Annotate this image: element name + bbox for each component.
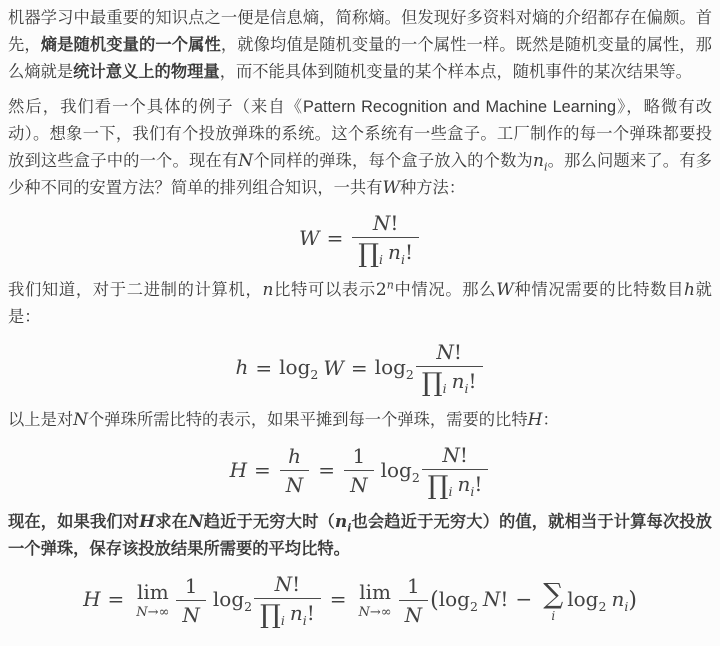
var-W: W: [323, 356, 344, 380]
product-operator: ∏: [358, 239, 379, 269]
paragraph-1: 机器学习中最重要的知识点之一便是信息熵，简称熵。但发现好多资料对熵的介绍都存在偏…: [8, 5, 712, 86]
log-base-2: 2: [310, 368, 318, 383]
index-i: i: [379, 252, 383, 267]
fraction-1-over-N: 1N: [176, 575, 206, 627]
factorial-sign: !: [468, 369, 476, 393]
equals-sign: =: [318, 458, 335, 482]
fraction-denominator: ∏ini!: [422, 469, 489, 499]
bold-term-statistical-quantity: 统计意义上的物理量: [73, 63, 220, 81]
log-base-2: 2: [412, 470, 420, 485]
formula-h: h=log2W=log2N!∏ini!: [0, 341, 720, 396]
fraction-denominator: ∏ini!: [352, 237, 419, 267]
equals-sign: =: [351, 356, 368, 380]
var-n: n: [452, 369, 465, 393]
text-run: 中情况。那么: [394, 281, 496, 299]
var-H: H: [230, 458, 247, 482]
var-N: N: [405, 603, 423, 627]
var-n: n: [533, 151, 544, 171]
factorial-sign: !: [460, 443, 468, 467]
factorial-sign: !: [405, 240, 413, 264]
log-base-2: 2: [406, 368, 414, 383]
equals-sign: =: [108, 587, 125, 611]
fraction-numerator: N!: [367, 212, 405, 237]
fraction-denominator: ∏ini!: [254, 598, 321, 628]
inline-math-W: W: [496, 280, 513, 300]
var-n: n: [611, 587, 624, 611]
limit-operator: limN→∞: [136, 582, 169, 619]
log-operator: log: [375, 356, 406, 380]
index-i: i: [443, 381, 447, 396]
base-2: 2: [376, 280, 387, 300]
number-1: 1: [407, 574, 420, 598]
text-run: 我们知道，对于二进制的计算机，: [8, 281, 262, 299]
limit-operator: limN→∞: [359, 582, 392, 619]
text-run: 种情况需要的比特数目: [514, 281, 684, 299]
sum-index-i: i: [551, 610, 555, 622]
equals-sign: =: [330, 587, 347, 611]
fraction-numerator: N!: [269, 573, 307, 598]
var-W: W: [299, 226, 320, 250]
var-N: N: [373, 211, 391, 235]
equals-sign: =: [255, 356, 272, 380]
product-operator: ∏: [260, 600, 281, 630]
lim-subscript: N→∞: [359, 606, 392, 619]
lim-word: lim: [359, 582, 391, 602]
factorial-sign: !: [474, 472, 482, 496]
text-run: 求在: [155, 513, 188, 531]
formula-H: H=hN=1Nlog2N!∏ini!: [0, 444, 720, 499]
text-run: 现在，如果我们对: [8, 513, 139, 531]
formula-H-limit: H=limN→∞1Nlog2N!∏ini!=limN→∞1N(log2N!−∑i…: [0, 573, 720, 628]
var-n: n: [388, 240, 401, 264]
factorial-sign: !: [292, 572, 300, 596]
inline-math-W: W: [382, 178, 399, 198]
right-paren: ): [628, 588, 637, 613]
minus-sign: −: [515, 587, 532, 611]
number-1: 1: [352, 444, 365, 468]
fraction: N!∏ini!: [352, 212, 419, 267]
fraction-denominator: N: [280, 470, 310, 497]
fraction-numerator: 1: [179, 575, 204, 600]
text-run: 比特可以表示: [273, 281, 375, 299]
inline-math-n-i: ni: [335, 512, 352, 532]
var-h: h: [235, 356, 248, 380]
log-base-2: 2: [470, 599, 478, 614]
fraction-denominator: N: [399, 600, 429, 627]
log-operator: log: [213, 587, 244, 611]
fraction-1-over-N: 1N: [399, 575, 429, 627]
inline-math-N: N: [238, 151, 253, 171]
text-run: 以上是对: [8, 411, 73, 429]
var-N: N: [442, 443, 460, 467]
bold-term-entropy-property: 熵是随机变量的一个属性: [41, 36, 221, 54]
left-paren: (: [430, 588, 439, 613]
paragraph-2: 然后，我们看一个具体的例子（来自《Pattern Recognition and…: [8, 94, 712, 202]
sum-operator: ∑i: [543, 580, 563, 622]
fraction-numerator: 1: [346, 445, 371, 470]
paragraph-4: 以上是对N个弹珠所需比特的表示，如果平摊到每一个弹珠，需要的比特H：: [8, 407, 712, 434]
fraction: N!∏ini!: [422, 444, 489, 499]
text-run: 个同样的弹珠，每个盒子放入的个数为: [253, 152, 533, 170]
text-run: 个弹珠所需比特的表示，如果平摊到每一个弹珠，需要的比特: [88, 411, 528, 429]
var-n: n: [457, 472, 470, 496]
index-i: i: [281, 613, 285, 628]
equals-sign: =: [254, 458, 271, 482]
lim-word: lim: [137, 582, 169, 602]
var-N: N: [350, 473, 368, 497]
fraction-denominator: N: [176, 600, 206, 627]
fraction-h-over-N: hN: [280, 445, 310, 497]
fraction-denominator: ∏ini!: [416, 366, 483, 396]
var-N: N: [182, 603, 200, 627]
fraction-numerator: 1: [401, 575, 426, 600]
formula-w: W=N!∏ini!: [0, 212, 720, 267]
equals-sign: =: [327, 226, 344, 250]
inline-math-h: h: [684, 280, 695, 300]
exponent-n: n: [387, 279, 394, 292]
fraction-denominator: N: [344, 470, 374, 497]
sigma-symbol: ∑: [543, 580, 563, 608]
fraction: N!∏ini!: [416, 341, 483, 396]
var-H: H: [83, 587, 100, 611]
fraction-numerator: N!: [430, 341, 468, 366]
inline-math-H: H: [139, 512, 155, 532]
product-operator: ∏: [428, 471, 449, 501]
fraction: N!∏ini!: [254, 573, 321, 628]
number-1: 1: [185, 574, 198, 598]
log-operator: log: [567, 587, 598, 611]
inline-math-2-pow-n: 2n: [376, 280, 394, 300]
factorial-sign: !: [454, 340, 462, 364]
article: 机器学习中最重要的知识点之一便是信息熵，简称熵。但发现好多资料对熵的介绍都存在偏…: [0, 0, 720, 629]
lim-subscript: N→∞: [136, 606, 169, 619]
var-h: h: [288, 444, 301, 468]
paragraph-3: 我们知道，对于二进制的计算机，n比特可以表示2n中情况。那么W种情况需要的比特数…: [8, 277, 712, 331]
text-run: 趋近于无穷大时（: [204, 513, 335, 531]
factorial-sign: !: [500, 587, 508, 611]
var-n: n: [335, 512, 347, 532]
inline-math-N: N: [73, 410, 88, 430]
text-run: 种方法：: [400, 179, 465, 197]
log-operator: log: [439, 587, 470, 611]
fraction-1-over-N: 1N: [344, 445, 374, 497]
var-N: N: [286, 473, 304, 497]
factorial-sign: !: [390, 211, 398, 235]
paragraph-5: 现在，如果我们对H求在N趋近于无穷大时（ni也会趋近于无穷大）的值，就相当于计算…: [8, 509, 712, 563]
inline-math-H: H: [528, 410, 543, 430]
text-run: ，而不能具体到随机变量的某个样本点，随机事件的某次结果等。: [220, 63, 692, 81]
log-operator: log: [279, 356, 310, 380]
inline-math-n-i: ni: [533, 151, 547, 171]
var-N: N: [275, 572, 293, 596]
text-run: ：: [542, 411, 558, 429]
index-i: i: [448, 484, 452, 499]
fraction-numerator: N!: [436, 444, 474, 469]
inline-math-N: N: [188, 512, 204, 532]
product-operator: ∏: [422, 368, 443, 398]
factorial-sign: !: [307, 601, 315, 625]
log-base-2: 2: [598, 599, 606, 614]
inline-math-n: n: [262, 280, 273, 300]
var-N: N: [436, 340, 454, 364]
log-base-2: 2: [244, 599, 252, 614]
var-n: n: [290, 601, 303, 625]
log-operator: log: [381, 458, 412, 482]
fraction-numerator: h: [282, 445, 307, 470]
var-N: N: [483, 587, 501, 611]
